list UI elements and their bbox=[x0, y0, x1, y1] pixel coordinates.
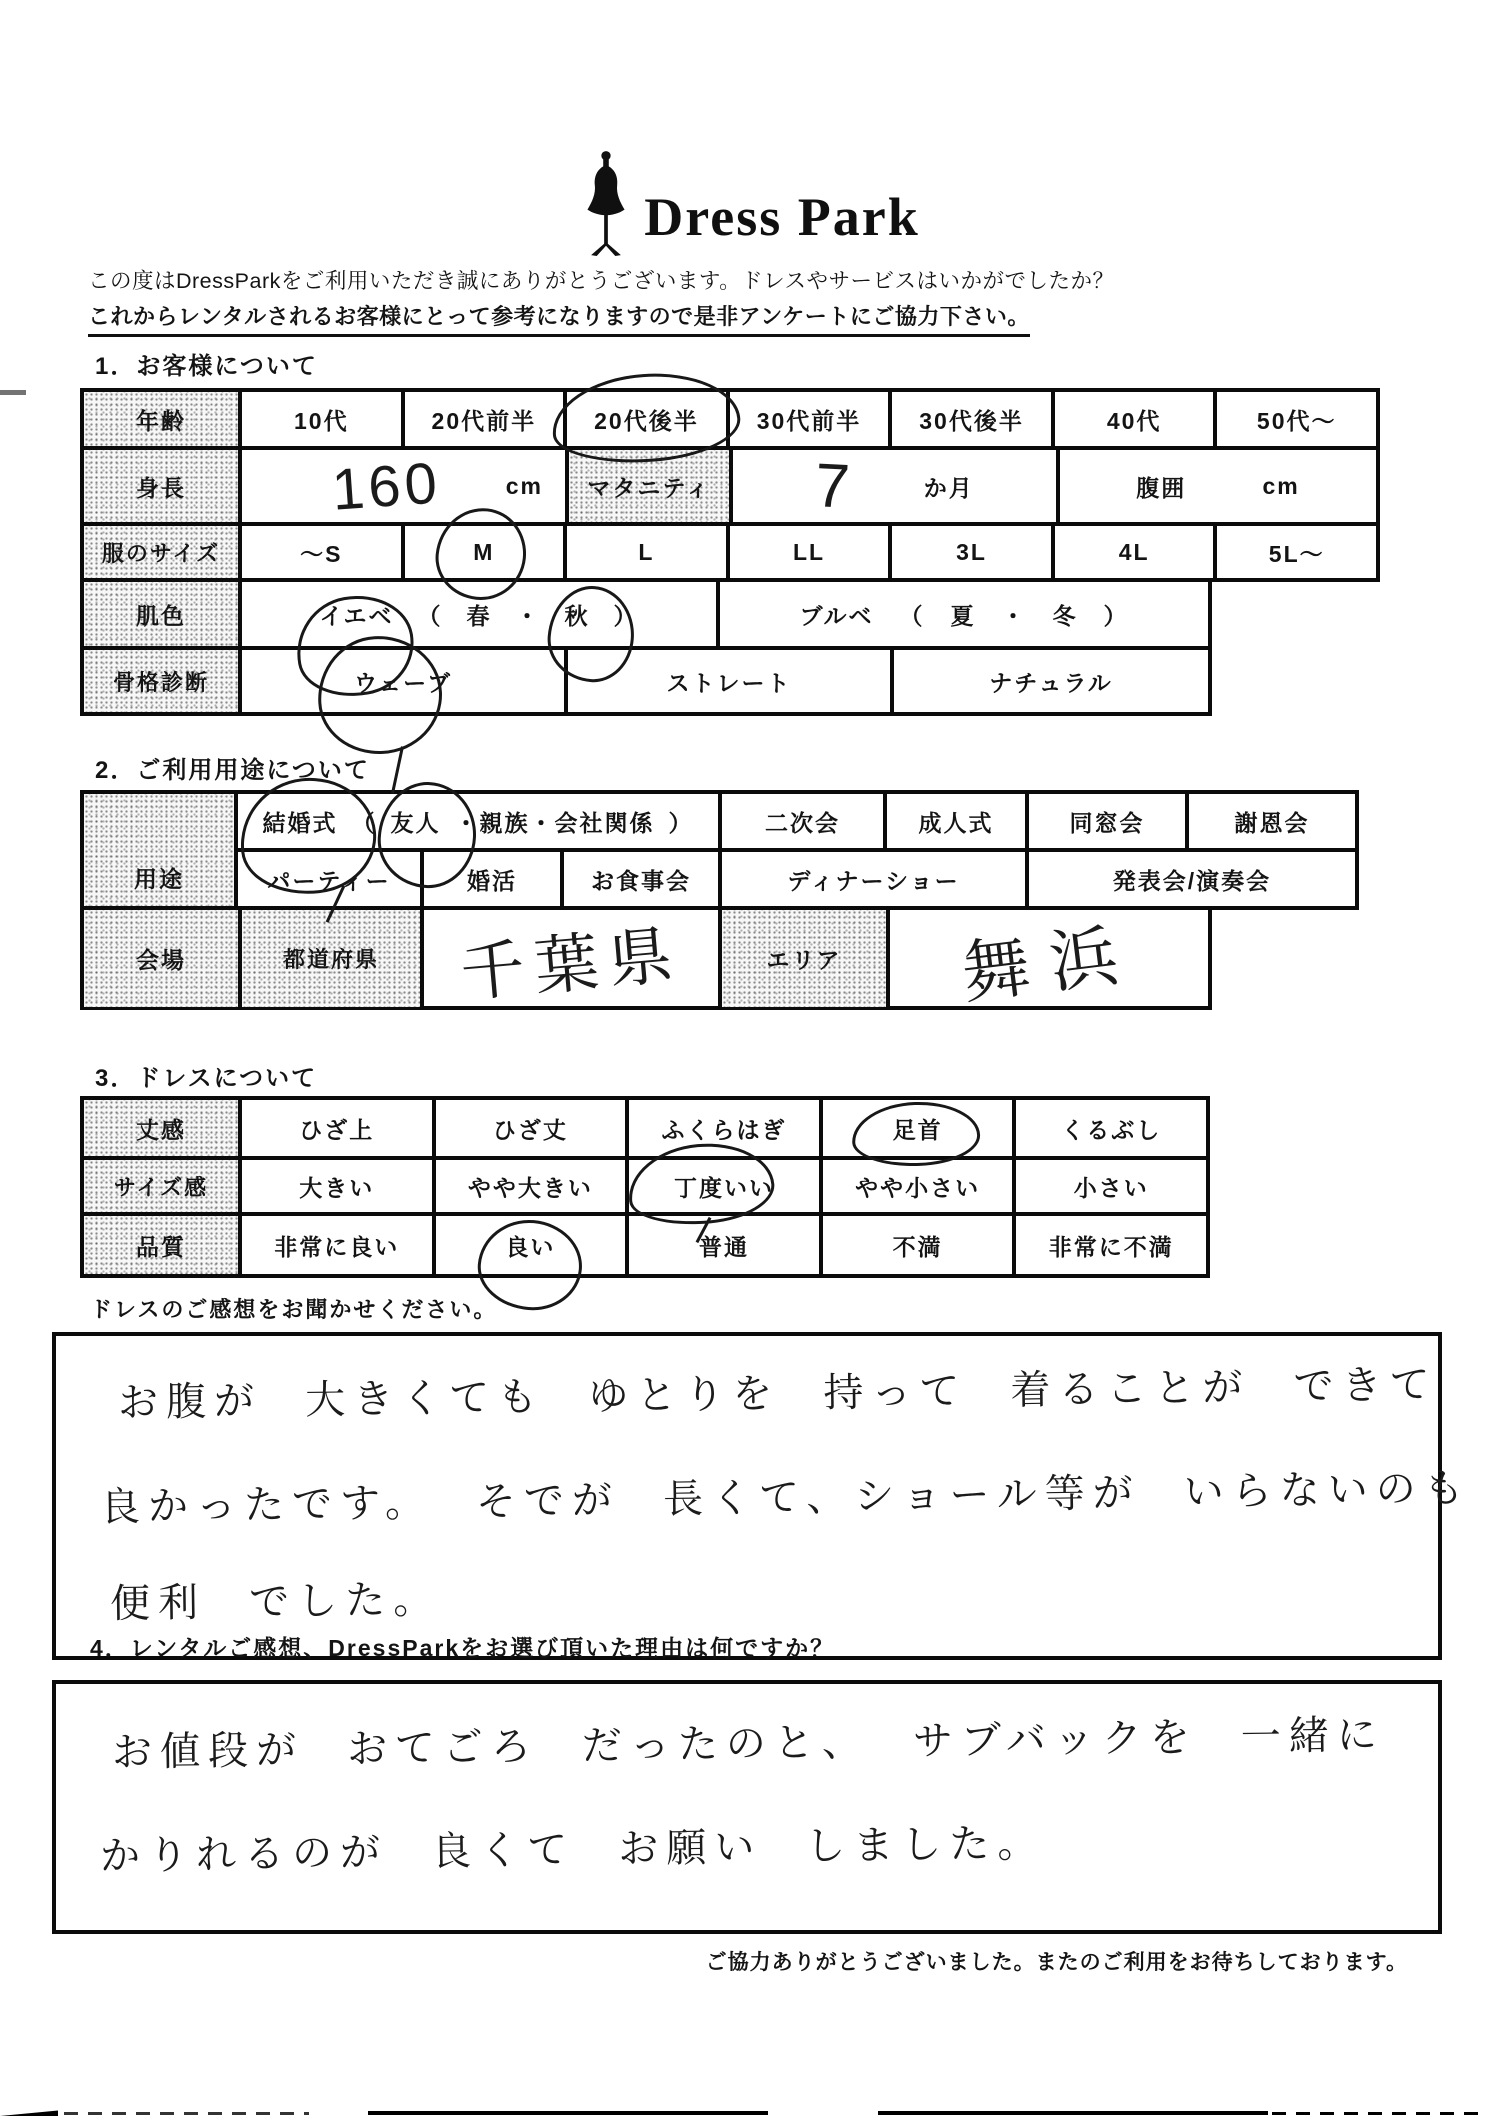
section2-title: 2．ご利用用途について bbox=[95, 750, 370, 785]
size-option: LL bbox=[726, 526, 889, 578]
skin-cool-cell: ブルベ （ 夏 ・ 冬 ） bbox=[716, 582, 1208, 646]
size-option: 3L bbox=[888, 526, 1051, 578]
scan-artifact bbox=[878, 2111, 1268, 2115]
survey-page: Dress Park この度はDressParkをご利用いただき誠にありがとうご… bbox=[0, 0, 1500, 2127]
scan-artifact bbox=[0, 2106, 58, 2116]
quality-option: 非常に不満 bbox=[1012, 1216, 1206, 1274]
quality-option-selected: 良い bbox=[432, 1216, 626, 1274]
dress-comment-line: 便利 でした。 bbox=[110, 1568, 442, 1630]
age-option: 30代後半 bbox=[888, 392, 1051, 446]
length-option: ひざ丈 bbox=[432, 1100, 626, 1156]
length-option-selected: 足首 bbox=[819, 1100, 1013, 1156]
maternity-handwritten-value: 7 bbox=[813, 450, 855, 523]
purpose-option: ディナーショー bbox=[718, 852, 1025, 906]
maternity-label: マタニティ bbox=[565, 450, 729, 522]
length-row: 丈感 ひざ上 ひざ丈 ふくらはぎ 足首 くるぶし bbox=[80, 1096, 1210, 1160]
size-option: L bbox=[563, 526, 726, 578]
quality-label: 品質 bbox=[84, 1216, 238, 1274]
dot-separator: ・ bbox=[1002, 598, 1027, 631]
fit-option: 小さい bbox=[1012, 1160, 1206, 1212]
height-unit: cm bbox=[506, 473, 543, 500]
length-option: くるぶし bbox=[1012, 1100, 1206, 1156]
scan-artifact bbox=[64, 2112, 309, 2115]
paren-close: ） bbox=[614, 598, 639, 631]
size-option: 5L～ bbox=[1213, 526, 1376, 578]
purpose-wedding-rest: ・親族・会社関係 bbox=[455, 805, 655, 838]
purpose-option: 婚活 bbox=[420, 852, 560, 906]
skin-warm-base: イエベ bbox=[319, 598, 393, 631]
length-label: 丈感 bbox=[84, 1100, 238, 1156]
prefecture-label: 都道府県 bbox=[238, 910, 420, 1007]
size-option-selected: M bbox=[401, 526, 564, 578]
purpose-option: 謝恩会 bbox=[1185, 794, 1355, 848]
intro-request-text: これからレンタルされるお客様にとって参考になりますので是非アンケートにご協力下さ… bbox=[88, 300, 1030, 337]
purpose-option: 同窓会 bbox=[1025, 794, 1185, 848]
height-row: 身長 160 cm マタニティ 7 か月 腹囲 cm bbox=[80, 446, 1380, 526]
area-handwritten-value: 舞浜 bbox=[956, 900, 1143, 1018]
area-value-cell: 舞浜 bbox=[886, 910, 1208, 1007]
venue-label: 会場 bbox=[84, 910, 238, 1007]
quality-option: 不満 bbox=[819, 1216, 1013, 1274]
purpose-label: 用途 bbox=[80, 790, 238, 910]
waist-unit: cm bbox=[1263, 473, 1300, 500]
size-label: 服のサイズ bbox=[84, 526, 238, 578]
paren-close: ） bbox=[1104, 598, 1129, 631]
length-option: ふくらはぎ bbox=[625, 1100, 819, 1156]
skin-warm-spring: 春 bbox=[467, 598, 492, 631]
section4-title: 4．レンタルご感想、DressParkをお選び頂いた理由は何ですか？ bbox=[90, 1630, 835, 1663]
waist-label: 腹囲 bbox=[1136, 470, 1186, 503]
brand-logo: Dress Park bbox=[0, 148, 1500, 260]
prefecture-handwritten-value: 千葉県 bbox=[456, 903, 685, 1014]
skin-warm-autumn: 秋 bbox=[565, 598, 590, 631]
size-option: 4L bbox=[1051, 526, 1214, 578]
purpose-option: 二次会 bbox=[718, 794, 883, 848]
purpose-wedding-cell: 結婚式 （ 友人 ・親族・会社関係 ） bbox=[238, 794, 718, 848]
purpose-option: パーティー bbox=[238, 852, 420, 906]
scan-artifact bbox=[0, 390, 26, 395]
section1-title: 1．お客様について bbox=[95, 346, 318, 381]
paren-open: （ bbox=[352, 805, 377, 838]
skin-cool-summer: 夏 bbox=[951, 598, 976, 631]
size-row: 服のサイズ ～S M L LL 3L 4L 5L～ bbox=[80, 522, 1380, 582]
length-option: ひざ上 bbox=[238, 1100, 432, 1156]
height-value-cell: 160 cm bbox=[238, 450, 565, 522]
age-option: 20代前半 bbox=[401, 392, 564, 446]
age-option: 40代 bbox=[1051, 392, 1214, 446]
scan-artifact bbox=[368, 2111, 768, 2115]
skeleton-label: 骨格診断 bbox=[84, 650, 238, 712]
area-label: エリア bbox=[718, 910, 886, 1007]
skin-row: 肌色 イエベ （ 春 ・ 秋 ） ブルベ （ 夏 ・ 冬 ） bbox=[80, 578, 1212, 650]
quality-option: 普通 bbox=[625, 1216, 819, 1274]
waist-cell: 腹囲 cm bbox=[1056, 450, 1376, 522]
skin-warm-cell: イエベ （ 春 ・ 秋 ） bbox=[238, 582, 716, 646]
dress-form-icon bbox=[580, 148, 632, 260]
prefecture-value-cell: 千葉県 bbox=[420, 910, 718, 1007]
maternity-unit: か月 bbox=[924, 470, 974, 503]
height-handwritten-value: 160 bbox=[330, 449, 443, 523]
skin-cool-winter: 冬 bbox=[1053, 598, 1078, 631]
fit-option: 大きい bbox=[238, 1160, 432, 1212]
size-option: ～S bbox=[238, 526, 401, 578]
purpose-row-1: 結婚式 （ 友人 ・親族・会社関係 ） 二次会 成人式 同窓会 謝恩会 bbox=[234, 790, 1359, 852]
height-label: 身長 bbox=[84, 450, 238, 522]
purpose-row-2: パーティー 婚活 お食事会 ディナーショー 発表会/演奏会 bbox=[234, 848, 1359, 910]
paren-open: （ bbox=[900, 598, 925, 631]
skeleton-option: ストレート bbox=[564, 650, 890, 712]
footer-thanks-text: ご協力ありがとうございました。またのご利用をお待ちしております。 bbox=[706, 1946, 1408, 1976]
brand-name: Dress Park bbox=[644, 186, 919, 248]
age-option: 50代～ bbox=[1213, 392, 1376, 446]
section3-title: 3．ドレスについて bbox=[95, 1058, 317, 1093]
fit-option: やや大きい bbox=[432, 1160, 626, 1212]
skeleton-option-selected: ウェーブ bbox=[238, 650, 564, 712]
quality-option: 非常に良い bbox=[238, 1216, 432, 1274]
paren-open: （ bbox=[418, 598, 443, 631]
intro-thanks-text: この度はDressParkをご利用いただき誠にありがとうございます。ドレスやサー… bbox=[88, 264, 1115, 295]
dot-separator: ・ bbox=[516, 598, 541, 631]
age-row: 年齢 10代 20代前半 20代後半 30代前半 30代後半 40代 50代～ bbox=[80, 388, 1380, 450]
circle-tail bbox=[391, 746, 404, 794]
fit-row: サイズ感 大きい やや大きい 丁度いい やや小さい 小さい bbox=[80, 1156, 1210, 1216]
dress-comment-prompt: ドレスのご感想をお聞かせください。 bbox=[90, 1293, 497, 1324]
purpose-wedding-friend-selected: 友人 bbox=[391, 805, 441, 838]
age-label: 年齢 bbox=[84, 392, 238, 446]
skin-label: 肌色 bbox=[84, 582, 238, 646]
age-option: 30代前半 bbox=[726, 392, 889, 446]
purpose-wedding-selected: 結婚式 bbox=[263, 805, 338, 838]
fit-option-selected: 丁度いい bbox=[625, 1160, 819, 1212]
skin-cool-base: ブルベ bbox=[799, 598, 873, 631]
fit-option: やや小さい bbox=[819, 1160, 1013, 1212]
maternity-months-cell: 7 か月 bbox=[729, 450, 1056, 522]
skeleton-option: ナチュラル bbox=[890, 650, 1208, 712]
paren-close: ） bbox=[669, 805, 694, 838]
skeleton-row: 骨格診断 ウェーブ ストレート ナチュラル bbox=[80, 646, 1212, 716]
fit-label: サイズ感 bbox=[84, 1160, 238, 1212]
age-option: 10代 bbox=[238, 392, 401, 446]
age-option-selected: 20代後半 bbox=[563, 392, 726, 446]
purpose-option: 成人式 bbox=[883, 794, 1025, 848]
purpose-option: お食事会 bbox=[560, 852, 718, 906]
quality-row: 品質 非常に良い 良い 普通 不満 非常に不満 bbox=[80, 1212, 1210, 1278]
purpose-option: 発表会/演奏会 bbox=[1025, 852, 1355, 906]
scan-artifact bbox=[1272, 2112, 1482, 2115]
venue-row: 会場 都道府県 千葉県 エリア 舞浜 bbox=[80, 906, 1212, 1010]
